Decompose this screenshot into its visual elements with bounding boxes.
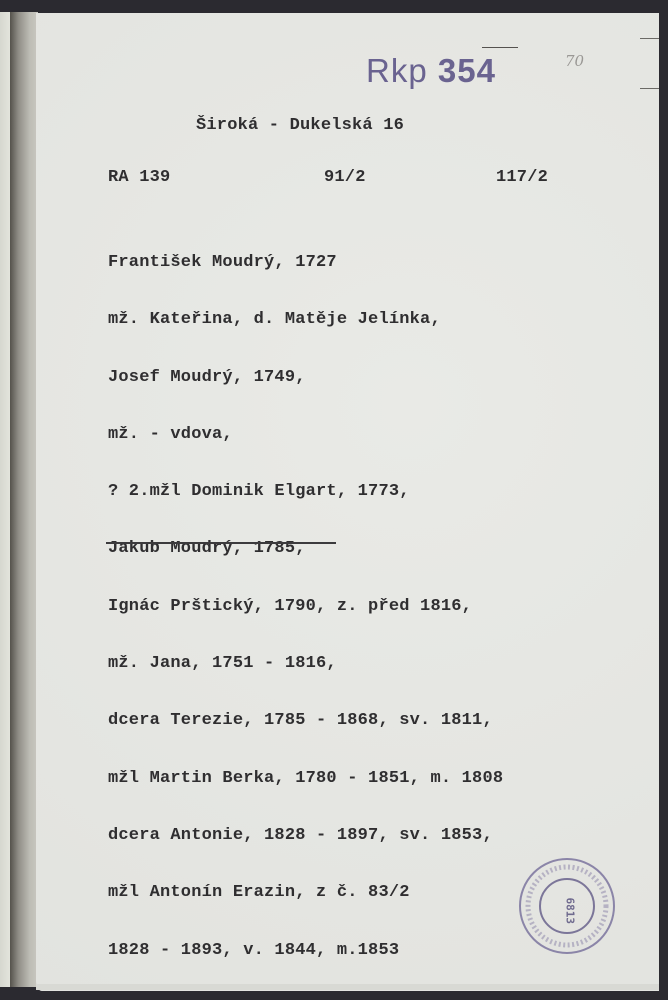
reference-old-number: 91/2 [324, 168, 366, 187]
entry-line: František Moudrý, 1727 [108, 253, 503, 272]
entry-line: Ignác Prštický, 1790, z. před 1816, [108, 597, 503, 616]
address-heading: Široká - Dukelská 16 [196, 116, 404, 135]
pencil-note: 70 [565, 52, 584, 70]
previous-page-edge [0, 12, 10, 987]
stamp-number: 6813 [564, 898, 577, 912]
entry-line: 1828 - 1893, v. 1844, m.1853 [108, 941, 503, 960]
entry-line: dcera Terezie, 1785 - 1868, sv. 1811, [108, 711, 503, 730]
genealogy-entries: František Moudrý, 1727 mž. Kateřina, d. … [108, 215, 503, 979]
entry-line: mž. Kateřina, d. Matěje Jelínka, [108, 310, 503, 329]
signature-overline [482, 47, 518, 48]
entry-line: Josef Moudrý, 1749, [108, 368, 503, 387]
signature-number: 354 [438, 52, 496, 89]
entry-line: mžl Martin Berka, 1780 - 1851, m. 1808 [108, 769, 503, 788]
entry-line: mž. Jana, 1751 - 1816, [108, 654, 503, 673]
stamp-inner-circle: 6813 [539, 878, 595, 934]
reference-ra: RA 139 [108, 168, 170, 187]
typed-underline-rule [106, 542, 336, 544]
signature-prefix: Rkp [366, 52, 428, 89]
entry-line: ? 2.mžl Dominik Elgart, 1773, [108, 482, 503, 501]
edge-mark [640, 38, 659, 39]
signature-stamp: Rkp 354 [366, 52, 496, 90]
library-stamp: 6813 [519, 858, 615, 954]
binding-shadow [10, 12, 38, 987]
reference-new-number: 117/2 [496, 168, 548, 187]
edge-mark [640, 88, 659, 89]
card-bottom-edge [36, 984, 659, 990]
scan-background-right [659, 0, 668, 1000]
entry-line: mžl Antonín Erazin, z č. 83/2 [108, 883, 503, 902]
entry-line: mž. - vdova, [108, 425, 503, 444]
entry-line: dcera Antonie, 1828 - 1897, sv. 1853, [108, 826, 503, 845]
